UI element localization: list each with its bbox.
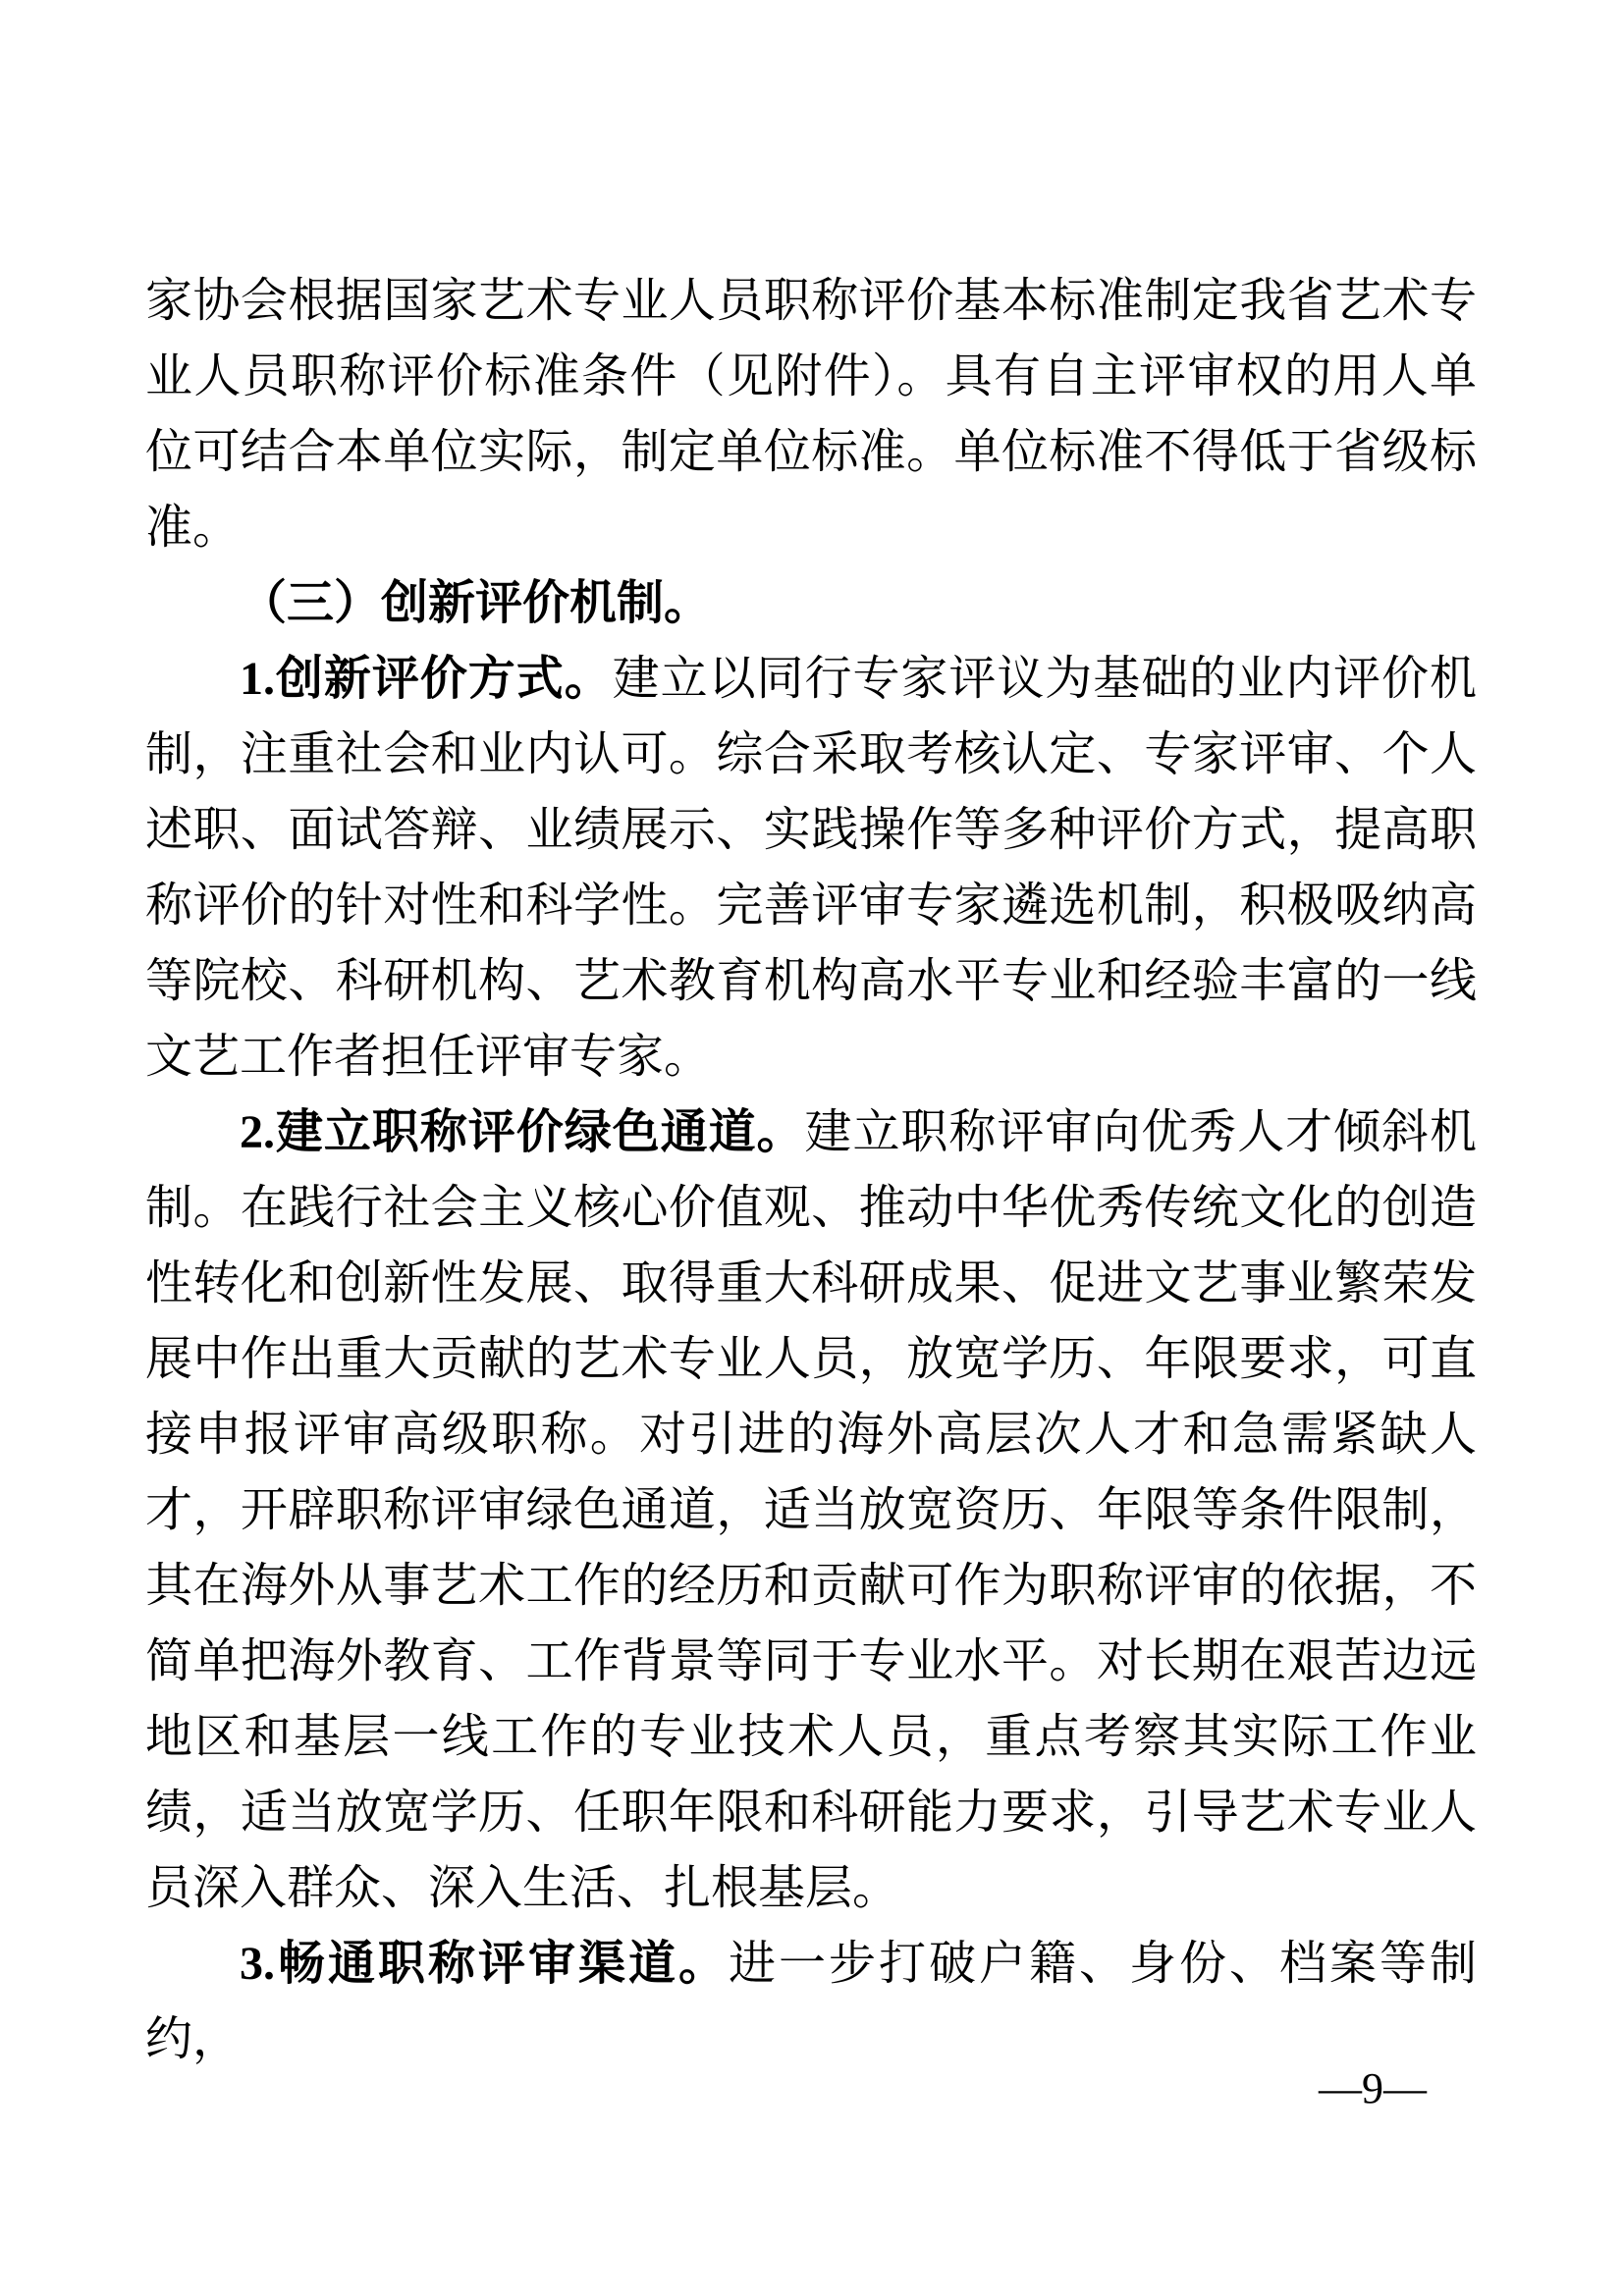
paragraph-item-2: 2.建立职称评价绿色通道。建立职称评审向优秀人才倾斜机制。在践行社会主义核心价值… <box>145 1095 1477 1926</box>
document-body: 家协会根据国家艺术专业人员职称评价基本标准制定我省艺术专业人员职称评价标准条件（… <box>145 263 1477 2077</box>
paragraph-bold-lead: 2.建立职称评价绿色通道。 <box>240 1106 805 1158</box>
paragraph-text: 建立职称评审向优秀人才倾斜机制。在践行社会主义核心价值观、推动中华优秀传统文化的… <box>145 1106 1477 1914</box>
paragraph-item-3: 3.畅通职称评审渠道。进一步打破户籍、身份、档案等制约， <box>145 1926 1477 2077</box>
document-page: 家协会根据国家艺术专业人员职称评价基本标准制定我省艺术专业人员职称评价标准条件（… <box>0 0 1623 2296</box>
paragraph-text: 建立以同行专家评议为基础的业内评价机制，注重社会和业内认可。综合采取考核认定、专… <box>145 653 1477 1083</box>
section-heading: （三）创新评价机制。 <box>145 565 1477 641</box>
paragraph-text: 家协会根据国家艺术专业人员职称评价基本标准制定我省艺术专业人员职称评价标准条件（… <box>145 275 1477 554</box>
paragraph-continuation: 家协会根据国家艺术专业人员职称评价基本标准制定我省艺术专业人员职称评价标准条件（… <box>145 263 1477 565</box>
page-number: —9— <box>1319 2064 1427 2113</box>
paragraph-bold-lead: 3.畅通职称评审渠道。 <box>240 1938 729 1990</box>
paragraph-bold-lead: 1.创新评价方式。 <box>240 653 613 705</box>
paragraph-item-1: 1.创新评价方式。建立以同行专家评议为基础的业内评价机制，注重社会和业内认可。综… <box>145 641 1477 1095</box>
section-heading-text: （三）创新评价机制。 <box>240 577 711 629</box>
